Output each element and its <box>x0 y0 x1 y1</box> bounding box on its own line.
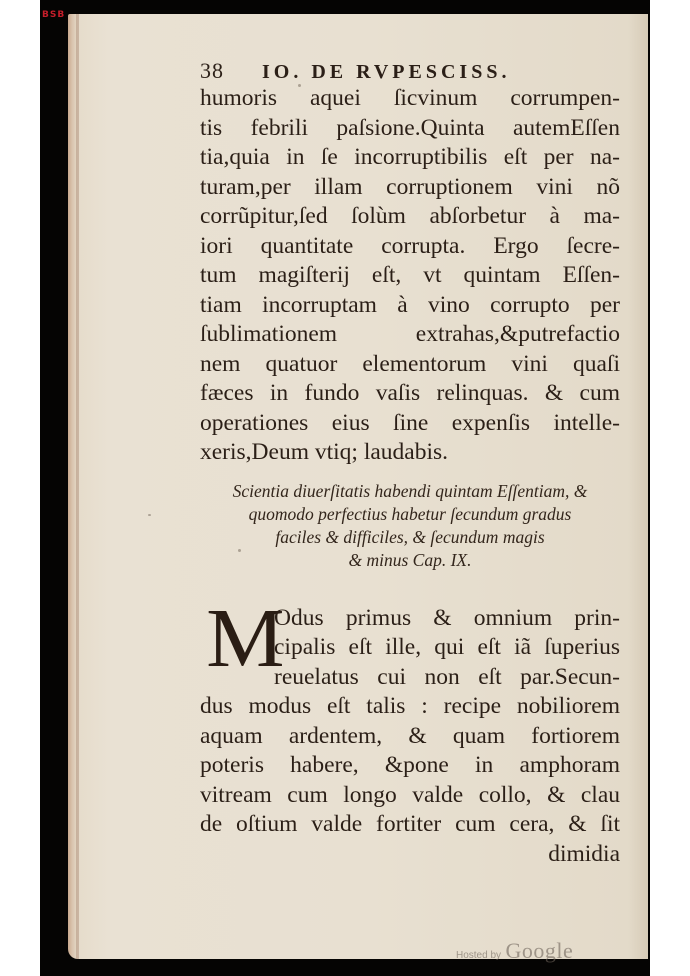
text-line: nem quatuor elementorum vini quaſi <box>200 350 620 380</box>
text-line: tis febrili paſsione.Quinta autemEſſen <box>200 114 620 144</box>
text-line: de oſtium valde fortiter cum cera, & ſit <box>200 810 620 840</box>
text-line: corrũpitur,ſed ſolùm abſorbetur à ma- <box>200 202 620 232</box>
paragraph-1: humoris aquei ſicvinum corrumpen- tis fe… <box>200 84 620 468</box>
chapter-heading-line: quomodo perfectius habetur ſecundum grad… <box>200 503 620 526</box>
chapter-heading-line: faciles & difficiles, & ſecundum magis <box>200 526 620 549</box>
text-line: vitream cum longo valde collo, & clau <box>200 781 620 811</box>
running-header: 38IO. DE RVPESCISS. <box>200 58 620 84</box>
text-line: humoris aquei ſicvinum corrumpen- <box>200 84 620 114</box>
chapter-heading-line: Scientia diuerſitatis habendi quintam Eſ… <box>200 480 620 503</box>
library-mark: BSB <box>42 10 65 20</box>
text-line: iori quantitate corrupta. Ergo ſecre- <box>200 232 620 262</box>
chapter-heading-line: & minus Cap. IX. <box>200 549 620 572</box>
hosted-by-label: Hosted by <box>456 950 501 961</box>
text-line: fæces in fundo vaſis relinquas. & cum <box>200 379 620 409</box>
text-line: tia,quia in ſe incorruptibilis eſt per n… <box>200 143 620 173</box>
hosted-by-google-watermark: Hosted by Google <box>456 938 573 964</box>
text-line: ſublimationem extrahas,&putrefactio <box>200 320 620 350</box>
google-logo-text: Google <box>505 938 573 963</box>
paper-speck <box>148 514 151 516</box>
chapter-heading: Scientia diuerſitatis habendi quintam Eſ… <box>200 480 620 572</box>
text-line: poteris habere, &pone in amphoram <box>200 751 620 781</box>
drop-cap-initial: M <box>206 604 284 674</box>
text-line: operationes eius ſine expenſis intelle- <box>200 409 620 439</box>
text-line: turam,per illam corruptionem vini nõ <box>200 173 620 203</box>
paragraph-2: M Odus primus & omnium prin- cipalis eſt… <box>200 604 620 870</box>
running-head-title: IO. DE RVPESCISS. <box>262 61 510 83</box>
page-number: 38 <box>200 58 262 84</box>
catchword: dimidia <box>200 840 620 870</box>
page-text-block: 38IO. DE RVPESCISS. humoris aquei ſicvin… <box>200 58 620 869</box>
text-line: dus modus eſt talis : recipe nobiliorem <box>200 692 620 722</box>
text-line: xeris,Deum vtiq; laudabis. <box>200 438 620 468</box>
text-line: tum magiſterij eſt, vt quintam Eſſen- <box>200 261 620 291</box>
text-line: aquam ardentem, & quam fortiorem <box>200 722 620 752</box>
text-line: tiam incorruptam à vino corrupto per <box>200 291 620 321</box>
